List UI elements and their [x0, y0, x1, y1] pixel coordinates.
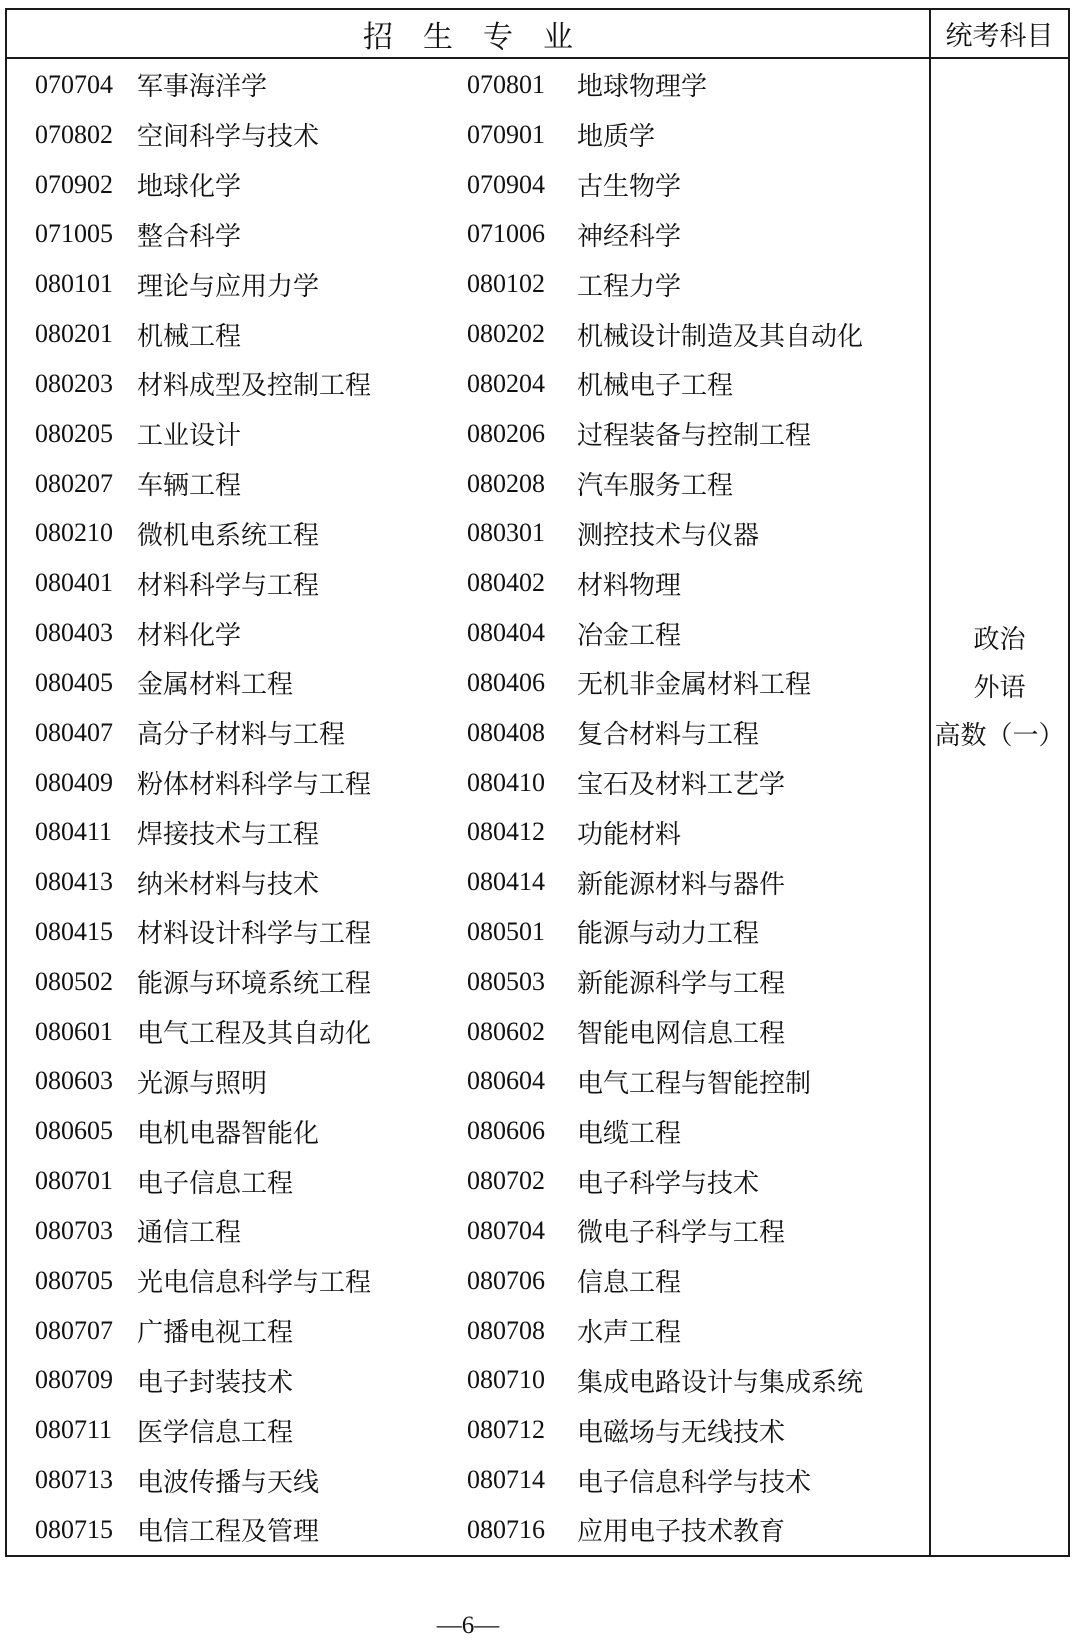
- table-row: 080411 焊接技术与工程 080412 功能材料: [7, 807, 929, 857]
- left-major-code: 080101: [35, 269, 137, 299]
- left-major-name: 电子封装技术: [137, 1362, 467, 1399]
- left-major-code: 080711: [35, 1415, 137, 1445]
- right-major-code: 080706: [467, 1266, 577, 1296]
- left-major-code: 080703: [35, 1216, 137, 1246]
- table-row: 080407 高分子材料与工程 080408 复合材料与工程: [7, 708, 929, 758]
- exam-subject-foreign-language: 外语: [931, 664, 1068, 712]
- table-row: 080713 电波传播与天线 080714 电子信息科学与技术: [7, 1455, 929, 1505]
- right-major-code: 080408: [467, 718, 577, 748]
- left-major-name: 工业设计: [137, 415, 467, 452]
- left-major-name: 材料设计科学与工程: [137, 913, 467, 950]
- left-major-name: 粉体材料科学与工程: [137, 764, 467, 801]
- left-major-code: 080715: [35, 1515, 137, 1545]
- right-major-code: 080702: [467, 1166, 577, 1196]
- table-header-row: 招生专业 统考科目: [7, 10, 1068, 59]
- right-major-code: 080410: [467, 768, 577, 798]
- right-major-name: 神经科学: [577, 216, 929, 253]
- table-row: 070704 军事海洋学 070801 地球物理学: [7, 60, 929, 110]
- left-major-code: 080207: [35, 469, 137, 499]
- right-major-code: 080606: [467, 1116, 577, 1146]
- left-major-name: 电气工程及其自动化: [137, 1013, 467, 1050]
- left-major-name: 机械工程: [137, 316, 467, 353]
- left-major-code: 080603: [35, 1066, 137, 1096]
- left-major-name: 电子信息工程: [137, 1163, 467, 1200]
- left-major-code: 080210: [35, 518, 137, 548]
- right-major-code: 080412: [467, 817, 577, 847]
- right-major-code: 080206: [467, 419, 577, 449]
- left-major-name: 广播电视工程: [137, 1312, 467, 1349]
- right-major-code: 080406: [467, 668, 577, 698]
- left-major-name: 金属材料工程: [137, 664, 467, 701]
- right-major-name: 应用电子技术教育: [577, 1511, 929, 1548]
- table-row: 080415 材料设计科学与工程 080501 能源与动力工程: [7, 907, 929, 957]
- left-major-code: 080601: [35, 1017, 137, 1047]
- table-row: 080403 材料化学 080404 冶金工程: [7, 608, 929, 658]
- right-major-code: 080708: [467, 1316, 577, 1346]
- table-row: 080401 材料科学与工程 080402 材料物理: [7, 558, 929, 608]
- table-body: 070704 军事海洋学 070801 地球物理学 070802 空间科学与技术…: [7, 59, 1068, 1555]
- left-major-name: 理论与应用力学: [137, 266, 467, 303]
- right-major-name: 电子科学与技术: [577, 1163, 929, 1200]
- left-major-code: 080605: [35, 1116, 137, 1146]
- left-major-name: 整合科学: [137, 216, 467, 253]
- right-major-code: 080716: [467, 1515, 577, 1545]
- left-major-code: 070802: [35, 120, 137, 150]
- left-major-code: 080707: [35, 1316, 137, 1346]
- left-major-name: 车辆工程: [137, 465, 467, 502]
- table-row: 080707 广播电视工程 080708 水声工程: [7, 1306, 929, 1356]
- left-major-code: 080201: [35, 319, 137, 349]
- left-major-code: 070902: [35, 170, 137, 200]
- right-major-name: 宝石及材料工艺学: [577, 764, 929, 801]
- left-major-code: 080403: [35, 618, 137, 648]
- exam-subjects-column-header: 统考科目: [929, 10, 1068, 57]
- exam-subjects-cell: 政治 外语 高数（一）: [929, 59, 1068, 1555]
- left-major-name: 地球化学: [137, 166, 467, 203]
- table-row: 080705 光电信息科学与工程 080706 信息工程: [7, 1256, 929, 1306]
- right-major-name: 无机非金属材料工程: [577, 664, 929, 701]
- right-major-name: 集成电路设计与集成系统: [577, 1362, 929, 1399]
- right-major-name: 古生物学: [577, 166, 929, 203]
- table-row: 070902 地球化学 070904 古生物学: [7, 160, 929, 210]
- table-row: 080413 纳米材料与技术 080414 新能源材料与器件: [7, 857, 929, 907]
- table-row: 080502 能源与环境系统工程 080503 新能源科学与工程: [7, 957, 929, 1007]
- left-major-code: 080407: [35, 718, 137, 748]
- table-row: 080703 通信工程 080704 微电子科学与工程: [7, 1206, 929, 1256]
- left-major-code: 080415: [35, 917, 137, 947]
- left-major-name: 通信工程: [137, 1212, 467, 1249]
- right-major-code: 071006: [467, 219, 577, 249]
- left-major-name: 材料成型及控制工程: [137, 365, 467, 402]
- left-major-name: 高分子材料与工程: [137, 714, 467, 751]
- table-row: 080409 粉体材料科学与工程 080410 宝石及材料工艺学: [7, 758, 929, 808]
- right-major-code: 070801: [467, 70, 577, 100]
- right-major-name: 机械电子工程: [577, 365, 929, 402]
- right-major-code: 070904: [467, 170, 577, 200]
- table-row: 080711 医学信息工程 080712 电磁场与无线技术: [7, 1405, 929, 1455]
- table-row: 080207 车辆工程 080208 汽车服务工程: [7, 459, 929, 509]
- left-major-code: 080203: [35, 369, 137, 399]
- left-major-name: 微机电系统工程: [137, 515, 467, 552]
- left-major-name: 光电信息科学与工程: [137, 1262, 467, 1299]
- right-major-name: 新能源材料与器件: [577, 864, 929, 901]
- right-major-name: 电子信息科学与技术: [577, 1462, 929, 1499]
- table-row: 080603 光源与照明 080604 电气工程与智能控制: [7, 1057, 929, 1107]
- right-major-name: 测控技术与仪器: [577, 515, 929, 552]
- left-major-code: 080411: [35, 817, 137, 847]
- left-major-code: 080713: [35, 1465, 137, 1495]
- left-major-name: 焊接技术与工程: [137, 814, 467, 851]
- left-major-name: 电信工程及管理: [137, 1511, 467, 1548]
- left-major-code: 080705: [35, 1266, 137, 1296]
- right-major-code: 080704: [467, 1216, 577, 1246]
- right-major-name: 地球物理学: [577, 66, 929, 103]
- table-row: 080715 电信工程及管理 080716 应用电子技术教育: [7, 1505, 929, 1555]
- left-major-name: 纳米材料与技术: [137, 864, 467, 901]
- left-major-code: 080701: [35, 1166, 137, 1196]
- admission-majors-table: 招生专业 统考科目 070704 军事海洋学 070801 地球物理学 0708…: [5, 8, 1070, 1557]
- right-major-name: 汽车服务工程: [577, 465, 929, 502]
- right-major-code: 080604: [467, 1066, 577, 1096]
- left-major-name: 空间科学与技术: [137, 116, 467, 153]
- left-major-name: 光源与照明: [137, 1063, 467, 1100]
- right-major-code: 080414: [467, 867, 577, 897]
- table-row: 071005 整合科学 071006 神经科学: [7, 209, 929, 259]
- right-major-name: 电气工程与智能控制: [577, 1063, 929, 1100]
- table-row: 080701 电子信息工程 080702 电子科学与技术: [7, 1156, 929, 1206]
- left-major-name: 医学信息工程: [137, 1412, 467, 1449]
- right-major-code: 080503: [467, 967, 577, 997]
- table-row: 080203 材料成型及控制工程 080204 机械电子工程: [7, 359, 929, 409]
- right-major-code: 080208: [467, 469, 577, 499]
- right-major-name: 工程力学: [577, 266, 929, 303]
- right-major-name: 信息工程: [577, 1262, 929, 1299]
- right-major-code: 080202: [467, 319, 577, 349]
- right-major-code: 080204: [467, 369, 577, 399]
- exam-subject-politics: 政治: [931, 616, 1068, 664]
- left-major-code: 080205: [35, 419, 137, 449]
- majors-column-header: 招生专业: [7, 10, 929, 57]
- table-row: 080709 电子封装技术 080710 集成电路设计与集成系统: [7, 1356, 929, 1406]
- right-major-code: 080102: [467, 269, 577, 299]
- table-row: 070802 空间科学与技术 070901 地质学: [7, 110, 929, 160]
- right-major-name: 能源与动力工程: [577, 913, 929, 950]
- page-number: —6—: [0, 1612, 936, 1640]
- table-row: 080605 电机电器智能化 080606 电缆工程: [7, 1106, 929, 1156]
- left-major-name: 材料科学与工程: [137, 565, 467, 602]
- right-major-code: 070901: [467, 120, 577, 150]
- right-major-code: 080602: [467, 1017, 577, 1047]
- left-major-name: 材料化学: [137, 615, 467, 652]
- table-row: 080201 机械工程 080202 机械设计制造及其自动化: [7, 309, 929, 359]
- left-major-name: 电机电器智能化: [137, 1113, 467, 1150]
- left-major-code: 080413: [35, 867, 137, 897]
- right-major-code: 080710: [467, 1365, 577, 1395]
- right-major-name: 冶金工程: [577, 615, 929, 652]
- table-row: 080101 理论与应用力学 080102 工程力学: [7, 259, 929, 309]
- right-major-name: 功能材料: [577, 814, 929, 851]
- table-row: 080205 工业设计 080206 过程装备与控制工程: [7, 409, 929, 459]
- right-major-code: 080402: [467, 568, 577, 598]
- right-major-name: 电缆工程: [577, 1113, 929, 1150]
- right-major-code: 080714: [467, 1465, 577, 1495]
- right-major-name: 电磁场与无线技术: [577, 1412, 929, 1449]
- table-row: 080601 电气工程及其自动化 080602 智能电网信息工程: [7, 1007, 929, 1057]
- right-major-code: 080404: [467, 618, 577, 648]
- left-major-code: 071005: [35, 219, 137, 249]
- document-page: 招生专业 统考科目 070704 军事海洋学 070801 地球物理学 0708…: [0, 0, 1080, 1644]
- majors-rows-area: 070704 军事海洋学 070801 地球物理学 070802 空间科学与技术…: [7, 59, 929, 1555]
- left-major-name: 军事海洋学: [137, 66, 467, 103]
- left-major-code: 080401: [35, 568, 137, 598]
- right-major-name: 材料物理: [577, 565, 929, 602]
- exam-subject-advanced-math: 高数（一）: [931, 712, 1068, 760]
- right-major-name: 智能电网信息工程: [577, 1013, 929, 1050]
- exam-subjects-list: 政治 外语 高数（一）: [931, 616, 1068, 760]
- right-major-code: 080501: [467, 917, 577, 947]
- right-major-name: 微电子科学与工程: [577, 1212, 929, 1249]
- right-major-name: 新能源科学与工程: [577, 963, 929, 1000]
- table-row: 080210 微机电系统工程 080301 测控技术与仪器: [7, 508, 929, 558]
- table-row: 080405 金属材料工程 080406 无机非金属材料工程: [7, 658, 929, 708]
- left-major-code: 080502: [35, 967, 137, 997]
- right-major-name: 过程装备与控制工程: [577, 415, 929, 452]
- left-major-code: 080409: [35, 768, 137, 798]
- left-major-name: 电波传播与天线: [137, 1462, 467, 1499]
- right-major-code: 080301: [467, 518, 577, 548]
- left-major-code: 080405: [35, 668, 137, 698]
- right-major-name: 地质学: [577, 116, 929, 153]
- right-major-name: 复合材料与工程: [577, 714, 929, 751]
- right-major-code: 080712: [467, 1415, 577, 1445]
- left-major-name: 能源与环境系统工程: [137, 963, 467, 1000]
- right-major-name: 机械设计制造及其自动化: [577, 316, 929, 353]
- left-major-code: 070704: [35, 70, 137, 100]
- right-major-name: 水声工程: [577, 1312, 929, 1349]
- left-major-code: 080709: [35, 1365, 137, 1395]
